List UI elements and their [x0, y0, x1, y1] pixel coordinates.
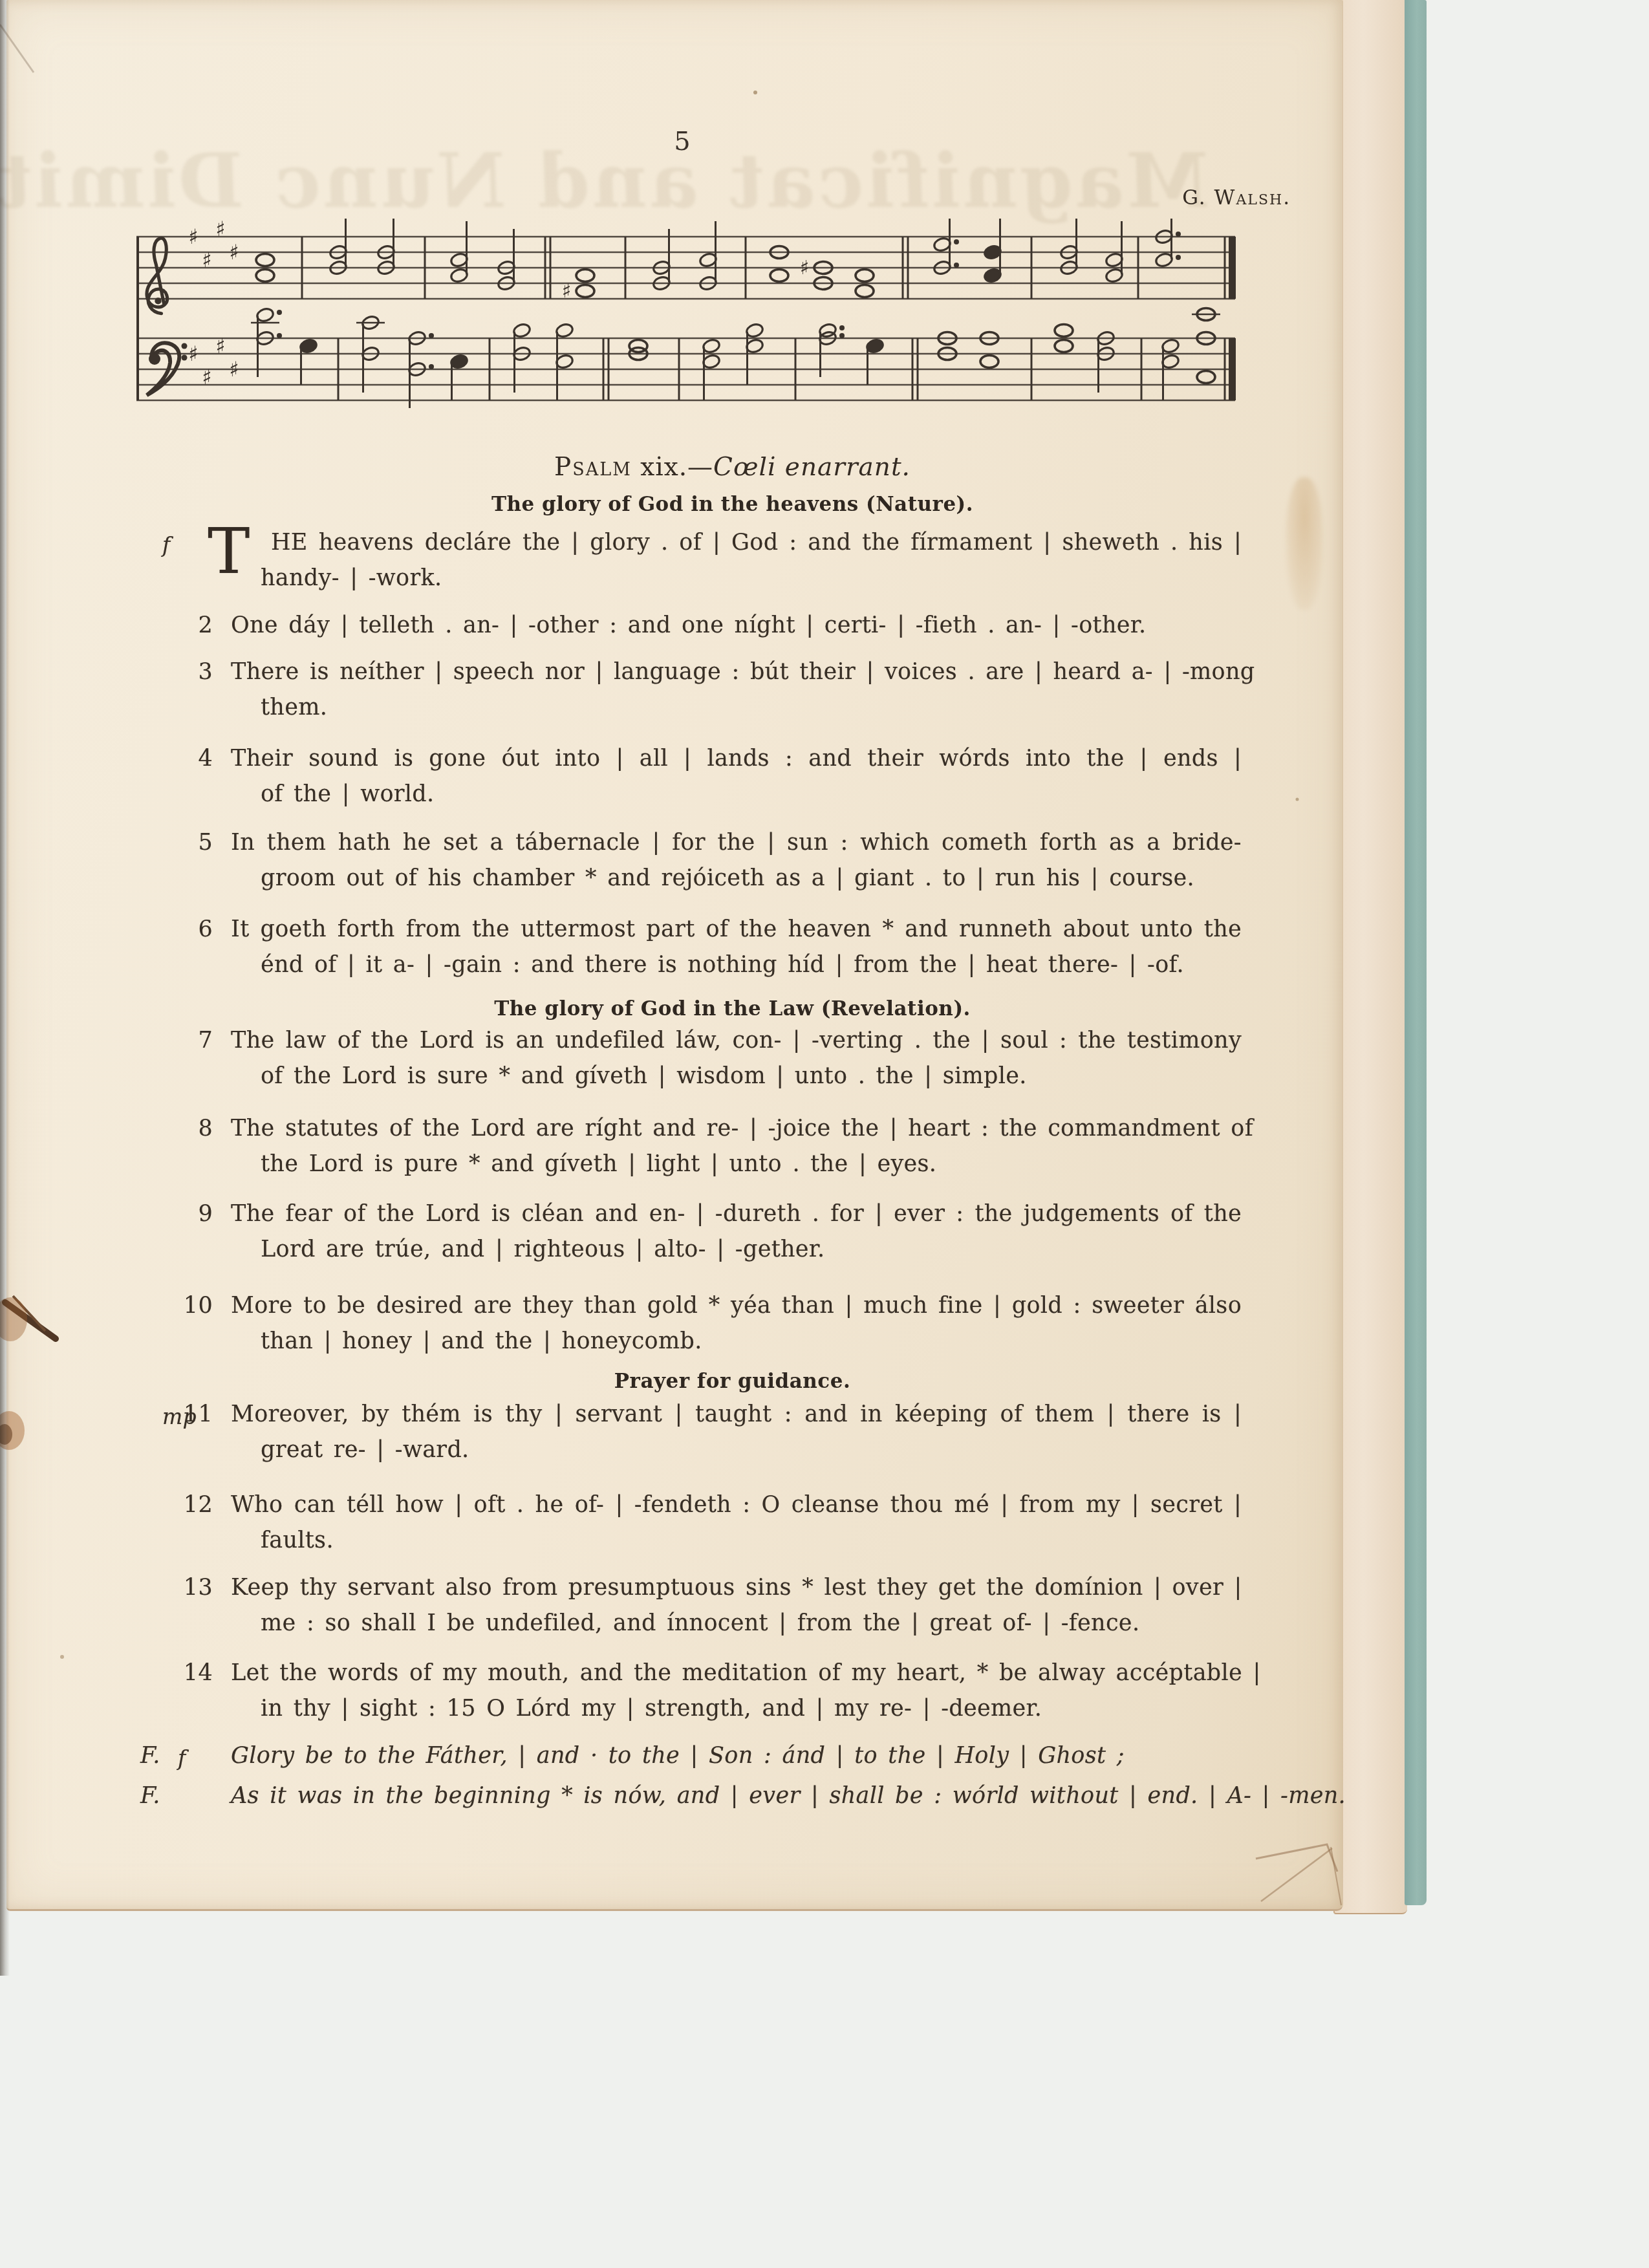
verse-line: than | honey | and the | honeycomb. [231, 1324, 1242, 1359]
verse-line: them. [231, 690, 1242, 726]
psalm-verse: fTHE heavens decláre the | glory . of | … [171, 525, 1242, 596]
verse-number: 2 [171, 608, 213, 643]
composer-credit: G. Walsh. [1182, 186, 1291, 210]
psalm-title-latin: Cœli enarrant. [713, 453, 911, 482]
verse-line: The law of the Lord is an undefiled láw,… [231, 1023, 1242, 1059]
psalm-verse: 3There is neíther | speech nor | languag… [171, 654, 1242, 726]
psalm-verse: 5In them hath he set a tábernacle | for … [171, 825, 1242, 896]
verse-line: The fear of the Lord is cléan and en- | … [231, 1196, 1242, 1232]
verse-line: énd of | it a- | -gain : and there is no… [231, 947, 1242, 983]
whole-note [256, 270, 274, 282]
music-score: ♯♯♯♯♯♯♯♯♯♯ [133, 217, 1242, 440]
verse-line: groom out of his chamber * and rejóiceth… [231, 861, 1242, 896]
verse-line: in thy | sight : 15 O Lórd my | strength… [231, 1691, 1242, 1727]
verse-number: 9 [171, 1196, 213, 1232]
sharp-icon: ♯ [202, 365, 211, 389]
verse-line: great re- | -ward. [231, 1432, 1242, 1468]
treble-clef-icon [147, 238, 167, 313]
sharp-icon: ♯ [229, 240, 239, 265]
verse-line: Who can téll how | oft . he of- | -fende… [231, 1487, 1242, 1523]
psalm-verse: 13Keep thy servant also from presumptuou… [171, 1570, 1242, 1641]
verse-line: of the Lord is sure * and gíveth | wisdo… [231, 1059, 1242, 1094]
psalm-verse: 7The law of the Lord is an undefiled láw… [171, 1023, 1242, 1094]
whole-note [1197, 371, 1215, 383]
sharp-icon: ♯ [562, 280, 572, 303]
psalm-verse: mp11Moreover, by thém is thy | servant |… [171, 1397, 1242, 1468]
psalm-title: Psalm xix.—Cœli enarrant. [171, 453, 1267, 482]
verse-line: faults. [231, 1523, 1242, 1559]
verse-number: 10 [171, 1288, 213, 1324]
scanned-book-page: Magnificat and Nunc Dimittis 5 G. Walsh.… [0, 0, 1649, 2268]
verse-number: 5 [171, 825, 213, 861]
verse-number: 11 [171, 1397, 213, 1432]
sharp-icon: ♯ [229, 357, 239, 382]
verse-number: 4 [171, 741, 213, 777]
margin-letter: F. [140, 1778, 160, 1814]
sharp-icon: ♯ [188, 224, 198, 249]
sharp-icon: ♯ [215, 334, 225, 358]
foxing-stain [1286, 477, 1323, 610]
psalm-title-word: Psalm [554, 453, 632, 482]
bass-staff: ♯♯♯♯ [136, 307, 1236, 408]
sharp-icon: ♯ [188, 341, 198, 366]
verse-number: 8 [171, 1111, 213, 1147]
augmentation-dot [429, 333, 434, 338]
whole-note [856, 270, 874, 282]
psalm-verse: 10More to be desired are they than gold … [171, 1288, 1242, 1359]
augmentation-dot [1176, 255, 1181, 260]
verse-number: 6 [171, 912, 213, 947]
page-number: 5 [643, 127, 721, 157]
augmentation-dot [839, 325, 845, 330]
margin-letter: F. [140, 1738, 160, 1774]
verse-line: the Lord is pure * and gíveth | light | … [231, 1147, 1242, 1182]
verse-line: Lord are trúe, and | righteous | alto- |… [231, 1232, 1242, 1268]
psalm-title-dash: — [687, 453, 713, 482]
psalm-verse: 9The fear of the Lord is cléan and en- |… [171, 1196, 1242, 1268]
verse-line: One dáy | telleth . an- | -other : and o… [231, 608, 1242, 643]
whole-note [576, 270, 594, 282]
verse-number: 13 [171, 1570, 213, 1606]
verse-number: 12 [171, 1487, 213, 1523]
verse-line: HE heavens decláre the | glory . of | Go… [231, 525, 1242, 561]
verse-line: handy- | -work. [231, 561, 1242, 596]
whole-note [576, 285, 594, 297]
verse-line: Glory be to the Fáther, | and · to the |… [231, 1738, 1242, 1774]
underlying-page-edge [1333, 0, 1407, 1914]
section-heading: Prayer for guidance. [171, 1370, 1267, 1393]
augmentation-dot [954, 239, 959, 244]
augmentation-dot [277, 310, 282, 315]
psalm-verse: 14Let the words of my mouth, and the med… [171, 1656, 1242, 1727]
augmentation-dot [429, 364, 434, 369]
verse-line: More to be desired are they than gold * … [231, 1288, 1242, 1324]
gloria-line: F.As it was in the beginning * is nów, a… [171, 1778, 1242, 1814]
psalm-verse: 6It goeth forth from the uttermost part … [171, 912, 1242, 983]
whole-note [1055, 325, 1073, 337]
psalm-title-numeral: xix. [632, 453, 687, 482]
augmentation-dot [839, 333, 845, 338]
verse-line: As it was in the beginning * is nów, and… [231, 1778, 1242, 1814]
section-heading: The glory of God in the heavens (Nature)… [171, 493, 1267, 516]
dynamic-marking: f [162, 527, 171, 563]
verse-line: Keep thy servant also from presumptuous … [231, 1570, 1242, 1606]
verse-number: 3 [171, 654, 213, 690]
dynamic-marking: f [178, 1740, 186, 1776]
psalm-verse: 12Who can téll how | oft . he of- | -fen… [171, 1487, 1242, 1559]
verse-number: 14 [171, 1656, 213, 1691]
sharp-icon: ♯ [800, 257, 810, 279]
gloria-line: F.fGlory be to the Fáther, | and · to th… [171, 1738, 1242, 1774]
verse-line: It goeth forth from the uttermost part o… [231, 912, 1242, 947]
sharp-icon: ♯ [202, 248, 211, 272]
whole-note [856, 285, 874, 297]
verse-number: 7 [171, 1023, 213, 1059]
verse-line: Moreover, by thém is thy | servant | tau… [231, 1397, 1242, 1432]
whole-note [256, 254, 274, 266]
augmentation-dot [954, 263, 959, 268]
psalm-verse: 4Their sound is gone óut into | all | la… [171, 741, 1242, 812]
verse-line: me : so shall I be undefiled, and ínnoce… [231, 1606, 1242, 1641]
augmentation-dot [1176, 232, 1181, 237]
book-page: Magnificat and Nunc Dimittis 5 G. Walsh.… [6, 0, 1343, 1911]
verse-line: In them hath he set a tábernacle | for t… [231, 825, 1242, 861]
whole-note [980, 356, 998, 368]
psalm-verse: 8The statutes of the Lord are ríght and … [171, 1111, 1242, 1182]
verse-line: The statutes of the Lord are ríght and r… [231, 1111, 1242, 1147]
verse-line: Their sound is gone óut into | all | lan… [231, 741, 1242, 777]
sharp-icon: ♯ [215, 217, 225, 241]
verse-line: Let the words of my mouth, and the medit… [231, 1656, 1242, 1691]
verse-line: There is neíther | speech nor | language… [231, 654, 1242, 690]
section-heading: The glory of God in the Law (Revelation)… [171, 997, 1267, 1021]
whole-note [770, 270, 788, 282]
psalm-verse: 2One dáy | telleth . an- | -other : and … [171, 608, 1242, 643]
treble-staff: ♯♯♯♯♯♯ [136, 217, 1236, 321]
drop-cap: T [208, 523, 250, 581]
scan-edge-shadow [0, 0, 10, 1976]
verse-line: of the | world. [231, 777, 1242, 812]
book-cover-edge [1405, 0, 1427, 1905]
augmentation-dot [277, 333, 282, 338]
whole-note [1055, 340, 1073, 352]
